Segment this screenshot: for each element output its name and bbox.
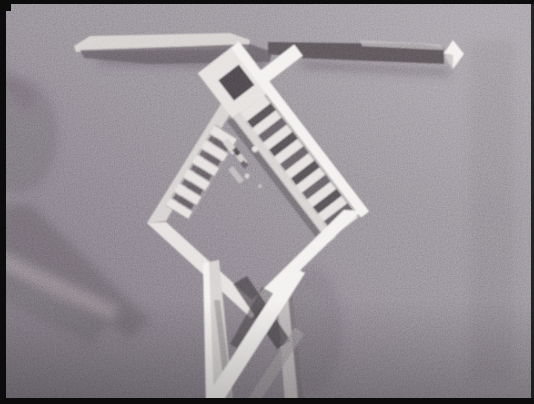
photograph: [0, 0, 534, 404]
bottom-vignette: [0, 300, 534, 404]
photo-frame: [0, 0, 534, 404]
